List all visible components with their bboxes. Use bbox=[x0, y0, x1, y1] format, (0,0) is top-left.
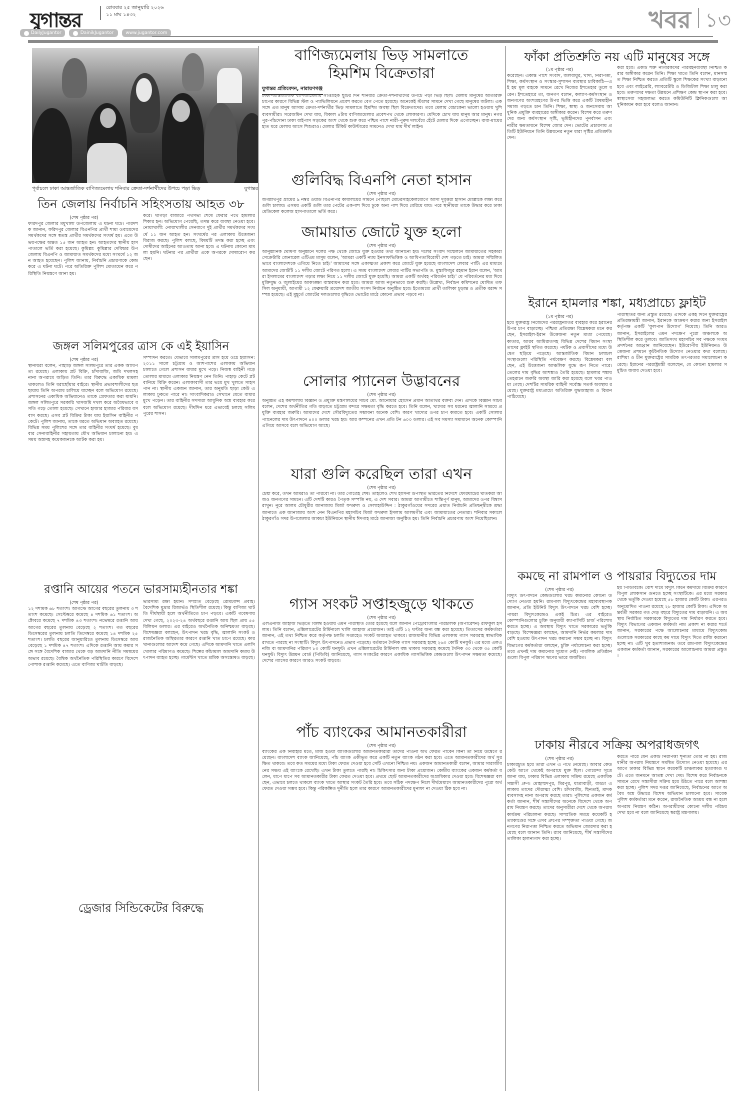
article-body-gulibiddho: জগন্নাথপুর গ্রামের ৯ নম্বর ওয়ার্ড বিএনপ… bbox=[262, 198, 502, 223]
column-divider bbox=[505, 46, 506, 1091]
facebook-icon bbox=[24, 31, 29, 36]
headline-jara-guli[interactable]: যারা গুলি করেছিল তারা এখন bbox=[260, 467, 503, 483]
masthead: যুগান্তর রোববার ২৫ জানুয়ারি ২০২৬ ১১ মাঘ… bbox=[0, 0, 753, 40]
article-body-dhakay-1: চাকরিচ্যুত হয়ে তারা এখন এ পথে নেমেছে। আ… bbox=[507, 763, 612, 1091]
jump-line: (শেষ পৃষ্ঠার পর) bbox=[260, 243, 503, 250]
article-body-jongol-1: স্থানীয়রা বলেন, পাহাড়ি জঙ্গল সলিমপুরে … bbox=[28, 364, 138, 579]
headline-dhakay-nirobe[interactable]: ঢাকায় নীরবে সক্রিয় অপরাধজগৎ bbox=[507, 738, 727, 751]
jump-line: (শেষ পৃষ্ঠার পর) bbox=[260, 191, 503, 198]
article-body-tin-jelay-1: ফরিদপুর জেলার মধুখালী উপজেলায় এ ঘটনা ঘট… bbox=[28, 222, 138, 334]
news-photo-crowd[interactable] bbox=[32, 48, 258, 183]
article-body-rashtani-1: ১২ দশমিক ৬৮ শতাংশ। আগস্টে আগের বছরের তুল… bbox=[28, 607, 138, 897]
headline-banijyamela-2[interactable]: হিমশিম বিক্রেতারা bbox=[260, 66, 503, 82]
headline-rashtani[interactable]: রপ্তানি আয়ের পতনে ভারসাম্যহীনতার শঙ্কা bbox=[28, 583, 254, 595]
article-body-jini-1 bbox=[28, 920, 138, 1090]
article-body-dhakay-2: করতে পারে যেন একটি নিরাপত্তা শূন্যতা তৈর… bbox=[617, 755, 727, 1091]
jump-line: (১ম পৃষ্ঠার পর) bbox=[507, 314, 612, 321]
jump-line: (শেষ পৃষ্ঠার পর) bbox=[28, 600, 140, 607]
article-body-irane-1: হয়ে যুক্তরাষ্ট্র নিজেদের পররাষ্ট্রনীতির… bbox=[507, 321, 612, 566]
caption-text: পূর্বাচলে ঢাকা আন্তর্জাতিক বাণিজ্যমেলায়… bbox=[32, 186, 200, 194]
social-links: DailyJugantor DainikJugantor www.juganto… bbox=[20, 29, 171, 37]
article-body-jamayat: আনুষ্ঠানিক ঘোষণা অনুষ্ঠানে দলের পক্ষ থেক… bbox=[262, 250, 502, 368]
headline-irane-hamla[interactable]: ইরানে হামলার শঙ্কা, মধ্যপ্রাচ্যে ফ্লাইট bbox=[507, 296, 727, 309]
headline-faka-protishruti[interactable]: ফাঁকা প্রতিশ্রুতি নয় এটি মানুষের সঙ্গে bbox=[507, 50, 727, 63]
jump-line: (শেষ পৃষ্ঠার পর) bbox=[260, 615, 503, 622]
social-label: DainikJugantor bbox=[80, 31, 113, 36]
section-title: খবর bbox=[649, 2, 691, 42]
headline-solar-panel[interactable]: সোলার প্যানেল উদ্ভাবনের bbox=[260, 374, 503, 390]
jump-line: (শেষ পৃষ্ঠার পর) bbox=[260, 743, 503, 750]
headline-jongol-salimpur[interactable]: জঙ্গল সলিমপুরের ত্রাস কে এই ইয়াসিন bbox=[28, 340, 254, 352]
date-bengali: ১১ মাঘ ১৪৩২ bbox=[106, 12, 164, 19]
article-body-rashtani-2: ভারসাম্য রক্ষা হয়নি। সম্প্রতি বেড়েছে র… bbox=[143, 600, 255, 897]
jump-line: (শেষ পৃষ্ঠার পর) bbox=[28, 215, 140, 222]
divider bbox=[152, 36, 713, 37]
headline-tin-jelay[interactable]: তিন জেলায় নির্বাচনি সহিংসতায় আহত ৩৮ bbox=[28, 198, 254, 211]
page-number: ১৩ bbox=[705, 6, 731, 39]
headline-komche-na[interactable]: কমছে না রামপাল ও পায়রার বিদ্যুতের দাম bbox=[507, 570, 727, 583]
issue-date: রোববার ২৫ জানুয়ারি ২০২৬ ১১ মাঘ ১৪৩২ bbox=[106, 5, 164, 19]
column-divider bbox=[258, 46, 259, 1091]
jump-line: (শেষ পৃষ্ঠার পর) bbox=[260, 485, 503, 492]
photo-credit: যুগান্তর bbox=[244, 186, 258, 194]
headline-jini-shanti[interactable]: ড্রেজার সিন্ডিকেটের বিরুদ্ধে bbox=[28, 902, 254, 914]
twitter-icon bbox=[73, 31, 78, 36]
article-body-tin-jelay-2: করে। ঘাগড়া বাজারে পথসভা শেষে ফেরার পথে … bbox=[143, 214, 255, 334]
social-link-facebook[interactable]: DailyJugantor bbox=[20, 29, 65, 37]
top-rule bbox=[28, 40, 718, 43]
article-body-banijyamela: ঢাকা-আন্তর্জাতিক বাণিজ্যমেলায় সাপ্তাহিক… bbox=[262, 94, 502, 169]
article-body-solar: অনুষ্ঠিত এই কর্মশালায় বিজ্ঞান ও প্রযুক্… bbox=[262, 399, 502, 461]
headline-panch-bank[interactable]: পাঁচ ব্যাংকের আমানতকারীরা bbox=[260, 725, 503, 741]
article-body-jini-2 bbox=[143, 920, 255, 1090]
headline-gulibiddho[interactable]: গুলিবিদ্ধ বিএনপি নেতা হাসান bbox=[260, 173, 503, 189]
photo-caption: পূর্বাচলে ঢাকা আন্তর্জাতিক বাণিজ্যমেলায়… bbox=[32, 186, 258, 194]
headline-jamayat[interactable]: জামায়াত জোটে যুক্ত হলো bbox=[260, 225, 503, 241]
article-body-dredger bbox=[262, 923, 502, 1091]
article-body-gas: এলএনজি জাহাজ ভিড়তে বিলম্ব হওয়ায় এমন প… bbox=[262, 622, 502, 720]
divider bbox=[100, 6, 101, 20]
date-gregorian: রোববার ২৫ জানুয়ারি ২০২৬ bbox=[106, 5, 164, 12]
divider bbox=[698, 8, 699, 28]
social-link-twitter[interactable]: DainikJugantor bbox=[69, 29, 117, 37]
article-body-faka-1: করেছেন। একান্ত পাশে সংবাদ, জলবায়ুর, খাদ… bbox=[507, 74, 612, 292]
jump-line: (শেষ পৃষ্ঠার পর) bbox=[507, 587, 612, 594]
jump-line: (শেষ পৃষ্ঠার পর) bbox=[28, 357, 140, 364]
jump-line: (শেষ পৃষ্ঠার পর) bbox=[260, 392, 503, 399]
article-body-irane-2: পরিস্থিতির জন্য প্রস্তুত রয়েছে। এদিকে এ… bbox=[617, 313, 727, 566]
article-body-panch-bank: ব্যাংকের এক নির্বাহীর মতে, মার্জ হওয়া ব… bbox=[262, 750, 502, 893]
article-body-jongol-2: সম্পাদন করতে। যেভাবে সলিমপুরের ত্রাস হয়… bbox=[143, 356, 255, 579]
article-body-faka-2: করা হবে। একটি শক্ত নাগরিকদের পরিবহনব্যবস… bbox=[617, 66, 727, 292]
social-label: DailyJugantor bbox=[31, 31, 61, 36]
article-body-komche-2: হয় পিডিবিকে। বেশি দামে বিদ্যুৎ কিনে কমদ… bbox=[617, 586, 727, 734]
article-body-komche-1: বিদ্যুৎ উৎপাদনে কেন্দ্রগুলোর খরচ কমানোর … bbox=[507, 594, 612, 734]
headline-gas-sankat[interactable]: গ্যাস সংকট সপ্তাহজুড়ে থাকতে bbox=[260, 597, 503, 613]
headline-banijyamela-1[interactable]: বাণিজ্যমেলায় ভিড় সামলাতে bbox=[260, 48, 503, 64]
jump-line: (১ম পৃষ্ঠার পর) bbox=[507, 67, 612, 74]
jump-line: (শেষ পৃষ্ঠার পর) bbox=[507, 756, 612, 763]
article-body-jara-guli: চেষ্টা করে, তখন আমরাও তা পারবো না। তার গ… bbox=[262, 492, 502, 592]
social-label: www.jugantor.com bbox=[126, 31, 168, 36]
